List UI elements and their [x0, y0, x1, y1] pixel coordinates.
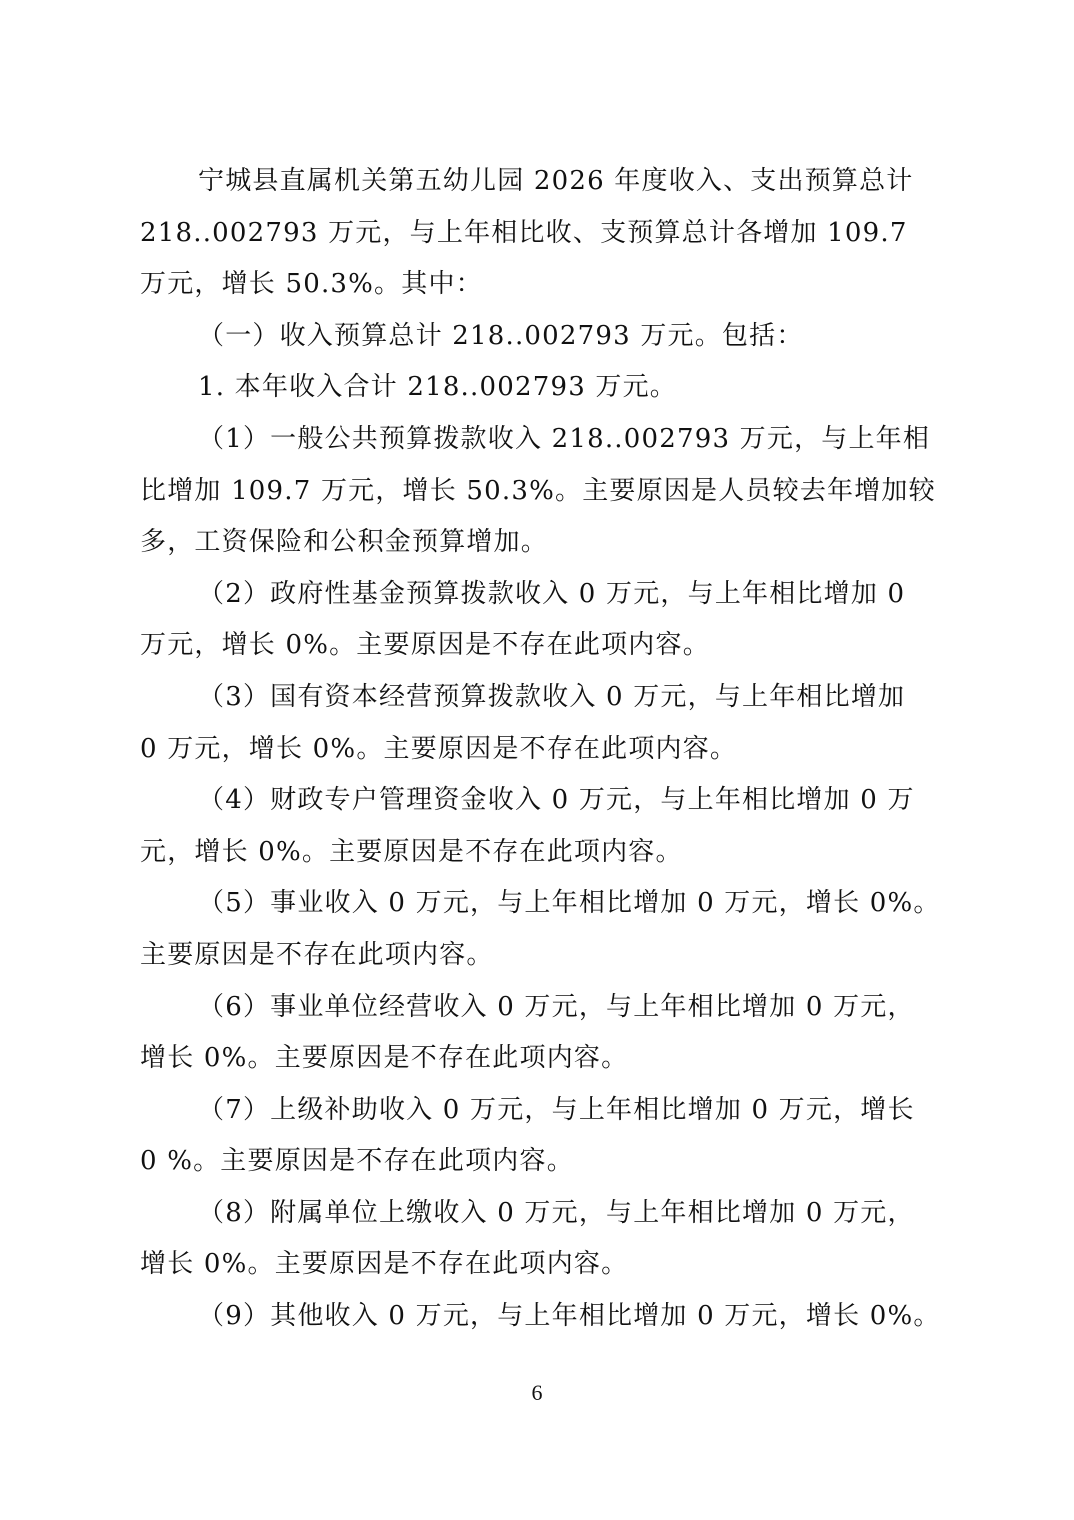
page-number: 6	[0, 1380, 1074, 1406]
item-general-budget-line-3: 多，工资保险和公积金预算增加。	[140, 517, 940, 569]
item-special-account-line-1: （4）财政专户管理资金收入 0 万元，与上年相比增加 0 万	[140, 775, 940, 827]
item-government-fund-line-2: 万元，增长 0%。主要原因是不存在此项内容。	[140, 620, 940, 672]
item-operating-income-line-2: 增长 0%。主要原因是不存在此项内容。	[140, 1033, 940, 1085]
item-affiliated-unit-line-1: （8）附属单位上缴收入 0 万元，与上年相比增加 0 万元，	[140, 1188, 940, 1240]
intro-line-2: 218..002793 万元，与上年相比收、支预算总计各增加 109.7	[140, 208, 940, 260]
item-state-capital-line-1: （3）国有资本经营预算拨款收入 0 万元，与上年相比增加	[140, 672, 940, 724]
document-page: 宁城县直属机关第五幼儿园 2026 年度收入、支出预算总计 218..00279…	[0, 0, 1074, 1520]
item-state-capital-line-2: 0 万元，增长 0%。主要原因是不存在此项内容。	[140, 724, 940, 776]
document-body: 宁城县直属机关第五幼儿园 2026 年度收入、支出预算总计 218..00279…	[140, 156, 940, 1343]
intro-line-1: 宁城县直属机关第五幼儿园 2026 年度收入、支出预算总计	[140, 156, 940, 208]
item-other-income-line-1: （9）其他收入 0 万元，与上年相比增加 0 万元，增长 0%。	[140, 1291, 940, 1343]
item-general-budget-line-2: 比增加 109.7 万元，增长 50.3%。主要原因是人员较去年增加较	[140, 466, 940, 518]
item-general-budget-line-1: （1）一般公共预算拨款收入 218..002793 万元，与上年相	[140, 414, 940, 466]
intro-line-3: 万元，增长 50.3%。其中：	[140, 259, 940, 311]
item-superior-subsidy-line-1: （7）上级补助收入 0 万元，与上年相比增加 0 万元，增长	[140, 1085, 940, 1137]
item-government-fund-line-1: （2）政府性基金预算拨款收入 0 万元，与上年相比增加 0	[140, 569, 940, 621]
item-operating-income-line-1: （6）事业单位经营收入 0 万元，与上年相比增加 0 万元，	[140, 982, 940, 1034]
item-special-account-line-2: 元，增长 0%。主要原因是不存在此项内容。	[140, 827, 940, 879]
item-business-income-line-1: （5）事业收入 0 万元，与上年相比增加 0 万元，增长 0%。	[140, 878, 940, 930]
section-heading-income-total: （一）收入预算总计 218..002793 万元。包括：	[140, 311, 940, 363]
item-current-year-income: 1. 本年收入合计 218..002793 万元。	[140, 362, 940, 414]
item-business-income-line-2: 主要原因是不存在此项内容。	[140, 930, 940, 982]
item-superior-subsidy-line-2: 0 %。主要原因是不存在此项内容。	[140, 1136, 940, 1188]
item-affiliated-unit-line-2: 增长 0%。主要原因是不存在此项内容。	[140, 1239, 940, 1291]
